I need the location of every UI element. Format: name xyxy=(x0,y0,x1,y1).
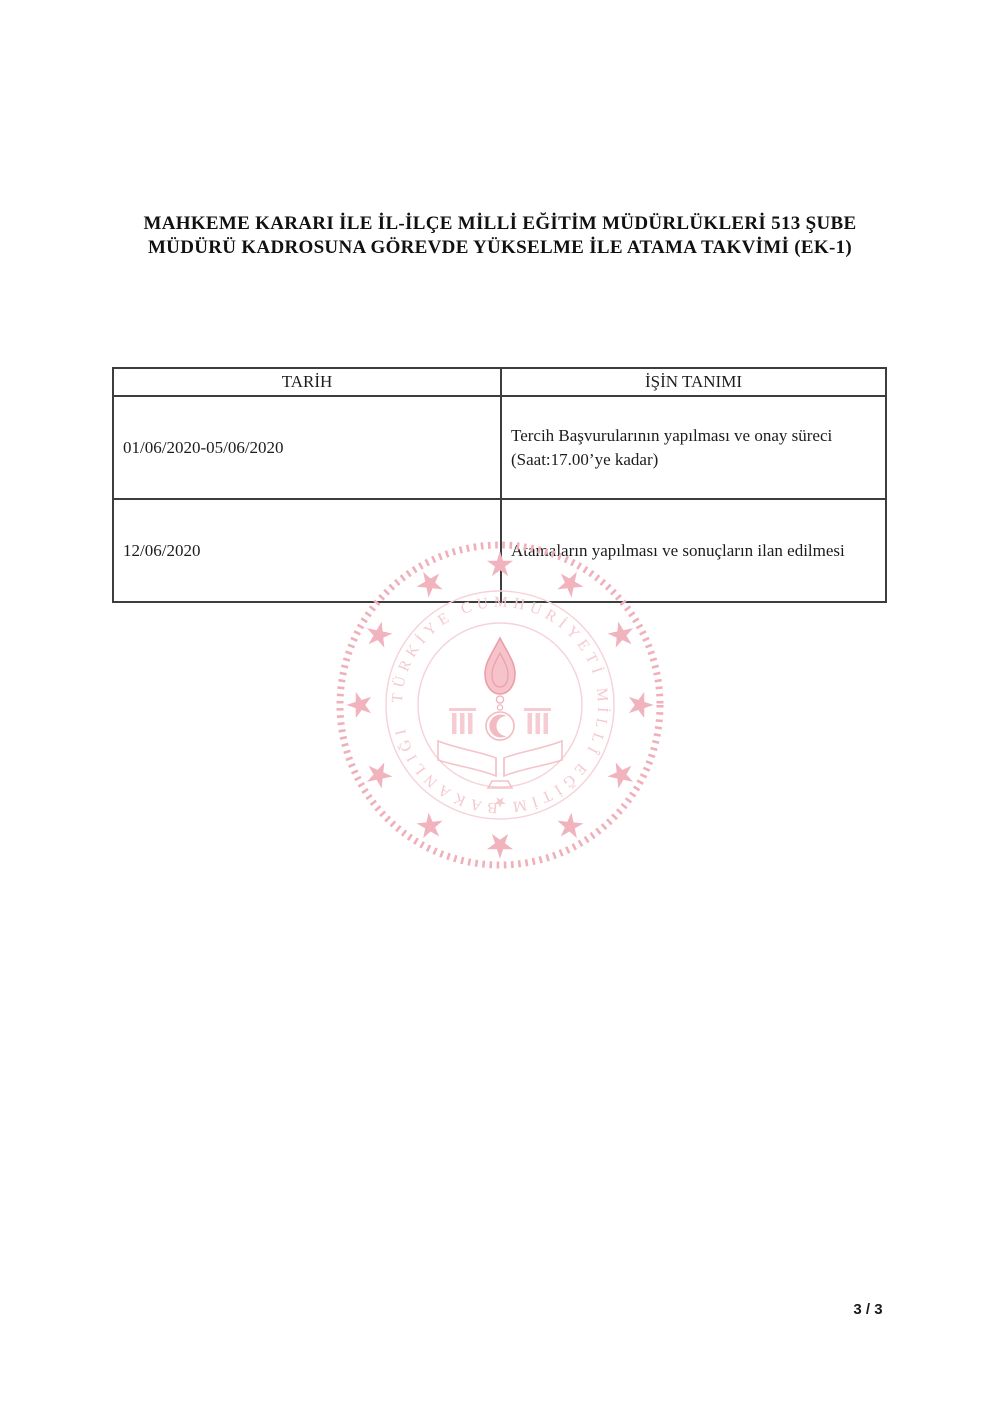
meb-watermark-seal: TÜRKİYE CUMHURİYETİ MİLLÎ EĞİTİM BAKANLI… xyxy=(330,535,670,875)
col-header-isin-tanimi: İŞİN TANIMI xyxy=(501,368,886,396)
star-icon xyxy=(412,565,447,600)
flame-icon xyxy=(485,638,515,694)
document-title: MAHKEME KARARI İLE İL-İLÇE MİLLİ EĞİTİM … xyxy=(100,212,900,260)
colonnade-left-icon xyxy=(449,708,476,734)
ministry-emblem xyxy=(438,638,562,788)
torch-knot-icon xyxy=(497,705,502,710)
star-icon xyxy=(487,551,513,576)
star-icon xyxy=(346,692,371,718)
crescent-icon xyxy=(489,715,506,738)
col-header-tarih: TARİH xyxy=(113,368,501,396)
colonnade-right-icon xyxy=(524,708,551,734)
document-title-line2: MÜDÜRÜ KADROSUNA GÖREVDE YÜKSELME İLE AT… xyxy=(100,236,900,260)
cell-tarih: 01/06/2020-05/06/2020 xyxy=(113,396,501,499)
document-title-line1: MAHKEME KARARI İLE İL-İLÇE MİLLİ EĞİTİM … xyxy=(100,212,900,236)
table-row: 01/06/2020-05/06/2020 Tercih Başvuruları… xyxy=(113,396,886,499)
star-icon xyxy=(360,758,395,793)
cell-isin-tanimi: Tercih Başvurularının yapılması ve onay … xyxy=(501,396,886,499)
document-page: MAHKEME KARARI İLE İL-İLÇE MİLLİ EĞİTİM … xyxy=(0,0,1000,1414)
star-icon xyxy=(487,834,513,859)
star-icon xyxy=(553,810,588,845)
star-icon xyxy=(553,565,588,600)
star-icon xyxy=(629,692,654,718)
table-header-row: TARİH İŞİN TANIMI xyxy=(113,368,886,396)
page-number: 3 / 3 xyxy=(838,1301,898,1318)
torch-knot-icon xyxy=(496,696,503,703)
open-book-icon xyxy=(438,741,562,788)
